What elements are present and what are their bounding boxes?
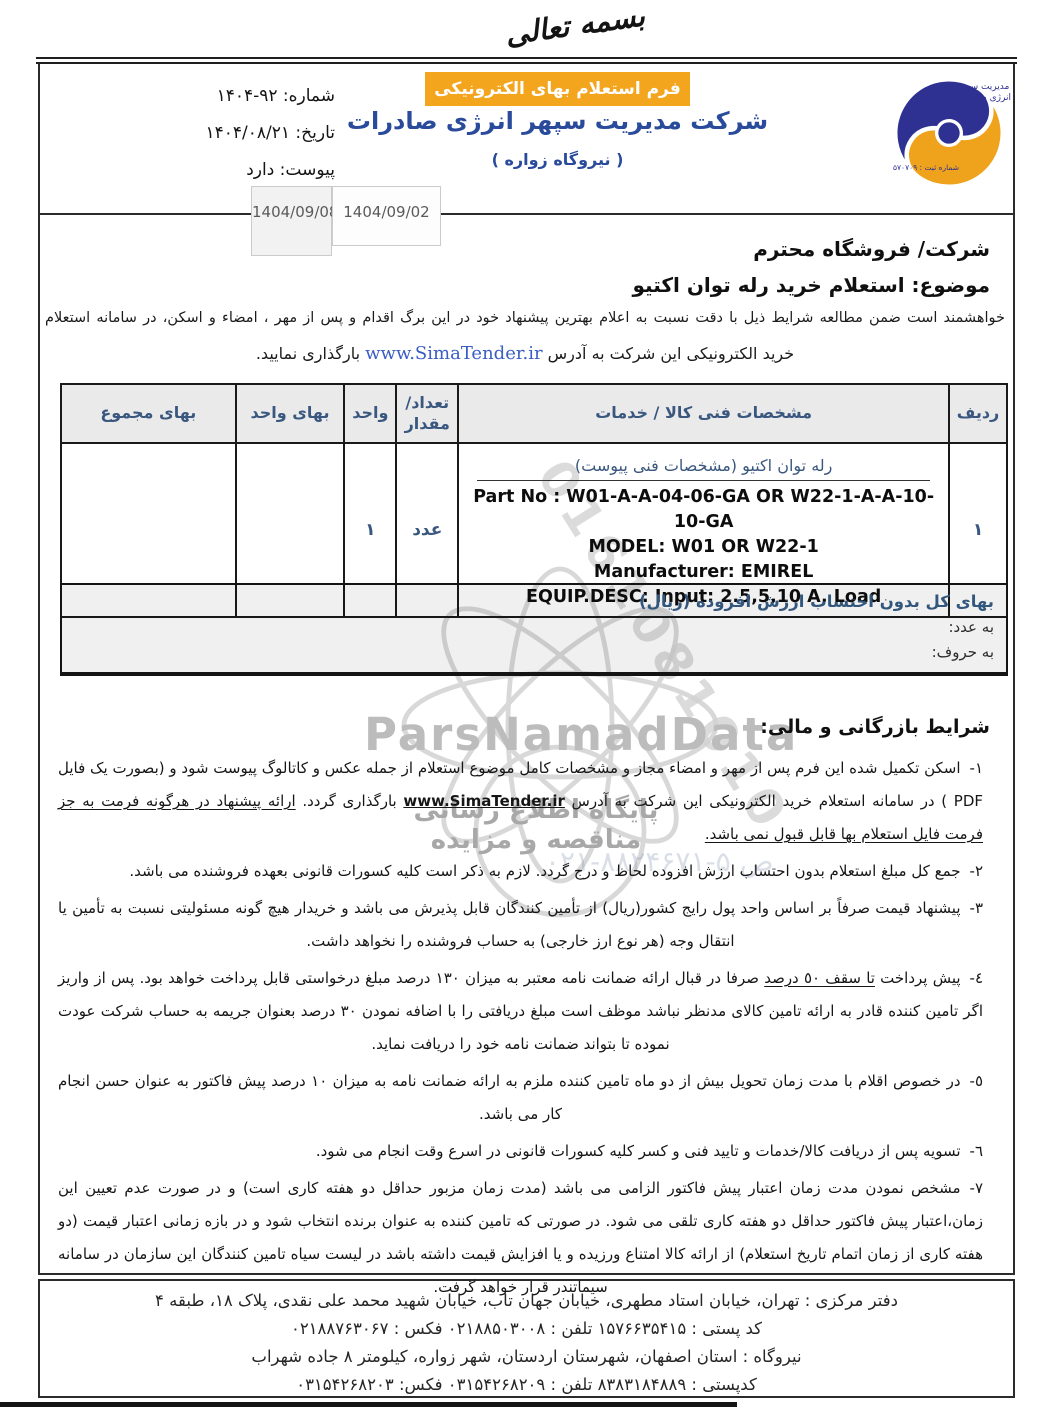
term-item-5: ٥-در خصوص اقلام با مدت زمان تحویل بیش از… (58, 1065, 983, 1131)
term-item-2: ٢-جمع کل مبلغ استعلام بدون احتساب ارزش ا… (58, 855, 983, 888)
table-header-row: ردیف مشخصات فنی کالا / خدمات تعداد/ مقدا… (61, 384, 1007, 443)
intro-paragraph-line2: خرید الکترونیکی این شرکت به آدرس www.Sim… (45, 343, 1005, 364)
totals-box: بهای کل بدون احتساب ارزش افزوده (ریال) ب… (60, 583, 1008, 676)
logo-reg-number: شماره ثبت : ۵۷۰۷۰۹ (893, 163, 959, 172)
spec-line: Manufacturer: EMIREL (467, 560, 940, 585)
footer-line: کدپستی : ۸۳۸۳۱۸۴۸۸۹ تلفن : ۰۳۱۵۴۲۶۸۲۰۹ ف… (40, 1371, 1013, 1399)
col-qty: تعداد/ مقدار (396, 384, 458, 443)
logo-text: مدیریت سپهر انرژی صادرات (957, 82, 1011, 104)
simatender-link[interactable]: www.SimaTender.ir (365, 343, 542, 364)
footer-line: دفتر مرکزی : تهران، خیابان استاد مطهری، … (40, 1287, 1013, 1315)
header-divider (38, 213, 1015, 215)
totals-title: بهای کل بدون احتساب ارزش افزوده (ریال) (74, 592, 994, 611)
term-item-6: ٦-تسویه پس از دریافت کالا/خدمات و تایید … (58, 1135, 983, 1168)
terms-title: شرایط بازرگانی و مالی: (760, 716, 990, 738)
subject-line: موضوع: استعلام خرید رله توان اکتیو (633, 273, 990, 297)
greeting: شرکت/ فروشگاه محترم (753, 237, 990, 261)
plant-subtitle: ( نیروگاه زواره ) (425, 150, 690, 169)
term-item-1: ١-اسکن تکمیل شده این فرم پس از مهر و امض… (58, 752, 983, 851)
simatender-link[interactable]: www.SimaTender.ir (403, 792, 565, 810)
scan-artifact-line (0, 1402, 737, 1407)
company-logo: مدیریت سپهر انرژی صادرات شماره ثبت : ۵۷۰… (893, 70, 1011, 198)
footer-line: نیروگاه : استان اصفهان، شهرستان اردستان،… (40, 1343, 1013, 1371)
totals-in-digits: به عدد: (74, 618, 994, 636)
bismillah-calligraphy: بسمه تعالی (454, 0, 696, 59)
terms-list: ١-اسکن تکمیل شده این فرم پس از مهر و امض… (42, 752, 1011, 1308)
date-stamp-1: 1404/09/08 (251, 186, 332, 256)
term-number: ٣- (961, 899, 983, 917)
spec-line: Part No : W01-A-A-04-06-GA OR W22-1-A-A-… (467, 485, 940, 535)
top-rule (36, 57, 1017, 59)
date-stamp-2: 1404/09/02 (332, 186, 441, 246)
company-title: شرکت مدیریت سپهر انرژی صادرات (330, 107, 785, 135)
item-title: رله توان اکتیو (مشخصات فنی پیوست) (477, 450, 930, 481)
footer-line: کد پستی : ۱۵۷۶۶۳۵۴۱۵ تلفن : ۰۲۱۸۸۵۰۳۰۰۸ … (40, 1315, 1013, 1343)
col-row: ردیف (949, 384, 1007, 443)
footer-box: دفتر مرکزی : تهران، خیابان استاد مطهری، … (38, 1279, 1015, 1398)
term-number: ١- (961, 759, 983, 777)
doc-date: تاریخ: ۱۴۰۴/۰۸/۲۱ (95, 115, 335, 152)
doc-number: شماره: ۹۲-۱۴۰۴ (95, 78, 335, 115)
intro-paragraph-line1: خواهشمند است ضمن مطالعه شرایط ذیل با دقت… (45, 310, 1005, 326)
term-number: ٦- (961, 1142, 983, 1160)
term-item-3: ٣-پیشنهاد قیمت صرفاً بر اساس واحد پول را… (58, 892, 983, 958)
term-number: ٧- (961, 1179, 983, 1197)
term-number: ٥- (961, 1072, 983, 1090)
term-number: ٤- (961, 969, 983, 987)
term-number: ٢- (961, 862, 983, 880)
form-type-badge: فرم استعلام بهای الکترونیکی (425, 72, 690, 106)
doc-attachment: پیوست: دارد (95, 152, 335, 189)
col-unit-price: بهای واحد (236, 384, 345, 443)
col-unit: واحد (344, 384, 396, 443)
spec-line: MODEL: W01 OR W22-1 (467, 535, 940, 560)
term-item-4: ٤-پیش پرداخت تا سقف ٥٠ درصد صرفا در قبال… (58, 962, 983, 1061)
scanned-inquiry-document: 0161081010 ParsNamadData پایگاه اطلاع رس… (0, 0, 1053, 1410)
totals-in-words: به حروف: (74, 643, 994, 661)
col-specs: مشخصات فنی کالا / خدمات (458, 384, 949, 443)
col-total-price: بهای مجموع (61, 384, 236, 443)
document-meta: شماره: ۹۲-۱۴۰۴ تاریخ: ۱۴۰۴/۰۸/۲۱ پیوست: … (95, 78, 335, 189)
